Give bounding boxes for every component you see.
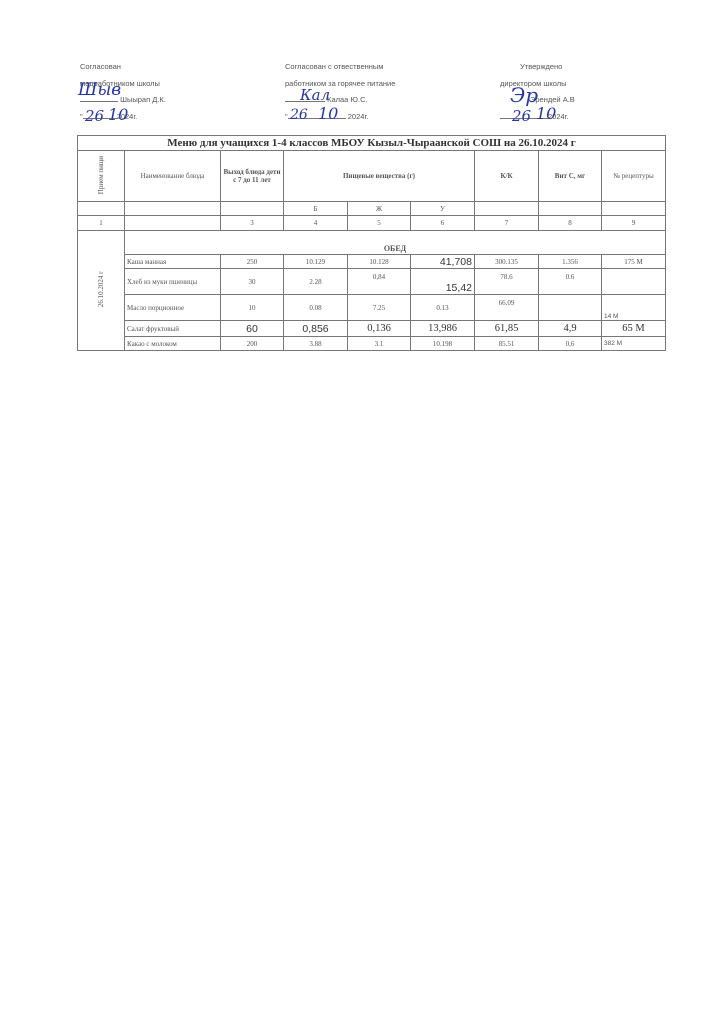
subheader-carbs: У xyxy=(411,202,475,216)
carbs-value: 15,42 xyxy=(411,269,475,295)
yield-value: 200 xyxy=(221,337,284,351)
subheader-empty xyxy=(125,202,221,216)
dish-name: Хлеб из муки пшеницы xyxy=(125,269,221,295)
subheader-protein: Б xyxy=(284,202,348,216)
header-recipe: № рецептуры xyxy=(602,151,666,202)
table-title: Меню для учащихся 1-4 классов МБОУ Кызыл… xyxy=(78,136,666,151)
meal-date: 26.10.2024 г xyxy=(97,271,105,307)
signature-food-responsible: Кал xyxy=(300,86,330,104)
dish-name: Салат фруктовый xyxy=(125,321,221,337)
approver-name: Калаа Ю.С. xyxy=(327,95,368,104)
kcal-value: 66.09 xyxy=(475,295,539,321)
handwritten-day: 26 xyxy=(512,107,531,125)
protein-value: 2.28 xyxy=(284,269,348,295)
subheader-empty xyxy=(78,202,125,216)
recipe-value: 175 М xyxy=(602,255,666,269)
vitc-value xyxy=(539,295,602,321)
approval-title: Согласован xyxy=(80,59,166,76)
approval-title: Согласован с отвественным xyxy=(285,59,395,76)
header-vitc: Вит С, мг xyxy=(539,151,602,202)
subheader-empty xyxy=(221,202,284,216)
table-row: Салат фруктовый 60 0,856 0,136 13,986 61… xyxy=(78,321,666,337)
header-kcal: К/К xyxy=(475,151,539,202)
table-row: Хлеб из муки пшеницы 30 2.28 0,84 15,42 … xyxy=(78,269,666,295)
yield-value: 10 xyxy=(221,295,284,321)
fat-value: 7.25 xyxy=(348,295,411,321)
kcal-value: 61,85 xyxy=(475,321,539,337)
carbs-value: 41,708 xyxy=(411,255,475,269)
menu-table: Меню для учащихся 1-4 классов МБОУ Кызыл… xyxy=(77,135,666,351)
section-title: ОБЕД xyxy=(125,231,666,255)
subheader-empty xyxy=(539,202,602,216)
signature-director: Эр xyxy=(510,83,538,107)
carbs-value: 10.198 xyxy=(411,337,475,351)
column-number: 4 xyxy=(284,216,348,231)
handwritten-day: 26 xyxy=(85,107,104,125)
column-number: 1 xyxy=(78,216,125,231)
table-row: Какао с молоком 200 3.88 3.1 10.198 85.5… xyxy=(78,337,666,351)
kcal-value: 78.6 xyxy=(475,269,539,295)
protein-value: 0.08 xyxy=(284,295,348,321)
table-row: Масло порционное 10 0.08 7.25 0.13 66.09… xyxy=(78,295,666,321)
table-row: Каша манная 250 10.129 10.128 41,708 300… xyxy=(78,255,666,269)
handwritten-month: 10 xyxy=(318,104,338,123)
kcal-value: 300.135 xyxy=(475,255,539,269)
subheader-empty xyxy=(602,202,666,216)
yield-value: 60 xyxy=(221,321,284,337)
column-number xyxy=(125,216,221,231)
column-number: 9 xyxy=(602,216,666,231)
column-number: 5 xyxy=(348,216,411,231)
yield-value: 250 xyxy=(221,255,284,269)
kcal-value: 85.51 xyxy=(475,337,539,351)
header-meal-text: Прием пищи xyxy=(97,156,105,194)
protein-value: 3.88 xyxy=(284,337,348,351)
dish-name: Какао с молоком xyxy=(125,337,221,351)
fat-value: 10.128 xyxy=(348,255,411,269)
column-number: 8 xyxy=(539,216,602,231)
column-number: 6 xyxy=(411,216,475,231)
approver-name: Шыырап Д.К. xyxy=(120,95,166,104)
vitc-value: 0,6 xyxy=(539,337,602,351)
date-year: 2024г. xyxy=(348,112,369,121)
handwritten-month: 10 xyxy=(108,105,128,124)
vitc-value: 1.356 xyxy=(539,255,602,269)
fat-value: 0,136 xyxy=(348,321,411,337)
column-number: 7 xyxy=(475,216,539,231)
signature-medic: Шыв xyxy=(78,80,121,100)
handwritten-day: 26 xyxy=(290,107,308,123)
carbs-value: 0.13 xyxy=(411,295,475,321)
yield-value: 30 xyxy=(221,269,284,295)
protein-value: 0,856 xyxy=(284,321,348,337)
vitc-value: 4,9 xyxy=(539,321,602,337)
recipe-value: 382 М xyxy=(602,337,666,351)
handwritten-month: 10 xyxy=(536,104,556,123)
fat-value: 3.1 xyxy=(348,337,411,351)
fat-value: 0,84 xyxy=(348,269,411,295)
header-meal: Прием пищи xyxy=(78,151,125,202)
header-nutrients: Пищевые вещества (г) xyxy=(284,151,475,202)
subheader-empty xyxy=(475,202,539,216)
header-yield: Выход блюда дети с 7 до 11 лет xyxy=(221,151,284,202)
subheader-fat: Ж xyxy=(348,202,411,216)
header-dish: Наименование блюда xyxy=(125,151,221,202)
approval-title: Утверждено xyxy=(500,59,575,76)
vitc-value: 0.6 xyxy=(539,269,602,295)
protein-value: 10.129 xyxy=(284,255,348,269)
dish-name: Каша манная xyxy=(125,255,221,269)
recipe-value: 14 М xyxy=(602,295,666,321)
column-number: 3 xyxy=(221,216,284,231)
meal-date-cell: 26.10.2024 г xyxy=(78,231,125,351)
recipe-value xyxy=(602,269,666,295)
carbs-value: 13,986 xyxy=(411,321,475,337)
dish-name: Масло порционное xyxy=(125,295,221,321)
recipe-value: 65 М xyxy=(602,321,666,337)
